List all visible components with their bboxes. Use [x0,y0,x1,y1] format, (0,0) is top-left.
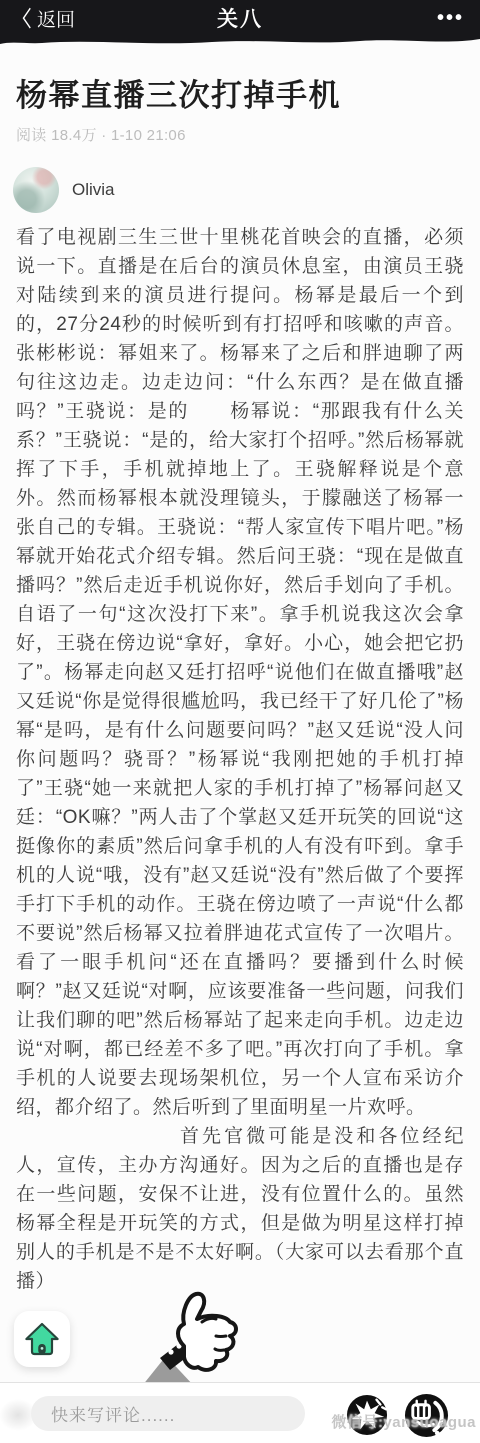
ellipsis-icon: ••• [437,7,464,29]
author-name: Olivia [72,180,115,200]
nav-bar-torn-edge [0,36,480,48]
article-main: 杨幂直播三次打掉手机 阅读 18.4万 · 1-10 21:06 Olivia … [0,45,480,1296]
author-row[interactable]: Olivia [13,167,464,213]
comment-bar: 快来写评论...... 微信号:yansuoagua [0,1382,480,1443]
comment-placeholder: 快来写评论...... [51,1401,175,1426]
more-menu-button[interactable]: ••• [437,7,480,30]
article-meta: 阅读 18.4万 · 1-10 21:06 [16,124,464,145]
article-body: 看了电视剧三生三世十里桃花首映会的直播，必须说一下。直播是在后台的演员休息室，由… [16,223,464,1296]
article-paragraph-2: 首先官微可能是没和各位经纪人，宣传，主办方沟通好。因为之后的直播也是存在一些问题… [16,1122,464,1296]
author-avatar[interactable] [13,167,59,213]
article-title: 杨幂直播三次打掉手机 [16,78,464,114]
comment-input[interactable]: 快来写评论...... [31,1396,305,1431]
article-page: 〈 返回 关八 ••• 杨幂直播三次打掉手机 阅读 18.4万 · 1-10 2… [0,0,480,1443]
nav-bar: 〈 返回 关八 ••• [0,0,480,36]
chevron-left-icon: 〈 [14,3,31,33]
back-label: 返回 [37,5,75,32]
back-button[interactable]: 〈 返回 [0,3,75,33]
thumbs-up-doodle-icon [140,1286,245,1386]
article-paragraph-1: 看了电视剧三生三世十里桃花首映会的直播，必须说一下。直播是在后台的演员休息室，由… [16,223,464,1122]
home-icon [22,1319,62,1359]
watermark-text: 微信号:yansuoagua [331,1411,476,1432]
home-button[interactable] [14,1311,70,1367]
